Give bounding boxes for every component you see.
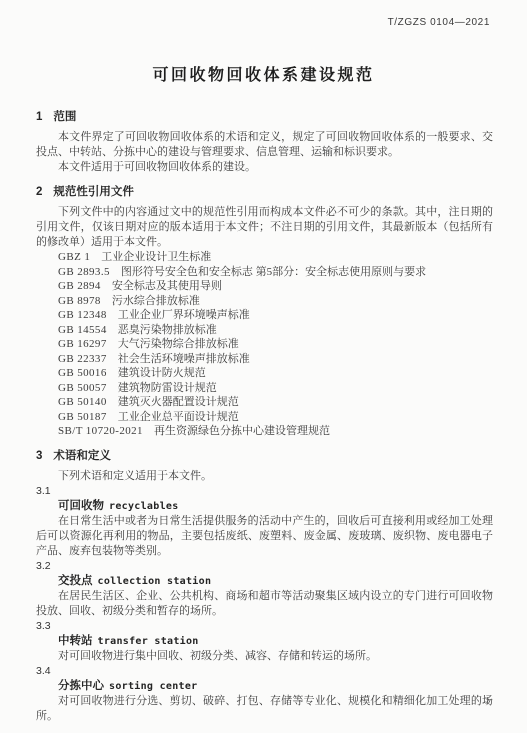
reference-title: 图形符号安全色和安全标志 第5部分：安全标志使用原则与要求: [121, 266, 426, 278]
reference-code: GB 12348: [58, 309, 107, 321]
reference-code: GB 50016: [58, 367, 107, 379]
reference-title: 工业企业设计卫生标准: [101, 251, 211, 263]
section-1-heading: 1范围: [36, 110, 493, 125]
reference-code: GB 2893.5: [58, 266, 110, 278]
term-english: sorting center: [109, 681, 198, 692]
section-title: 范围: [53, 111, 76, 123]
reference-code: GB 16297: [58, 338, 107, 350]
reference-title: 大气污染物综合排放标准: [118, 338, 239, 350]
reference-title: 再生资源绿色分拣中心建设管理规范: [154, 425, 330, 437]
reference-item: GB 50057建筑物防雷设计规范: [36, 381, 493, 396]
term-number: 3.1: [36, 484, 493, 499]
reference-code: GBZ 1: [58, 251, 90, 263]
reference-title: 恶臭污染物排放标准: [118, 324, 217, 336]
section-title: 术语和定义: [53, 450, 111, 462]
term-definition: 对可回收物进行分选、剪切、破碎、打包、存储等专业化、规模化和精细化加工处理的场所…: [36, 694, 493, 724]
term-name-line: 交投点collection station: [36, 574, 493, 589]
paragraph: 本文件界定了可回收物回收体系的术语和定义，规定了可回收物回收体系的一般要求、交投…: [36, 130, 493, 160]
reference-title: 社会生活环境噪声排放标准: [118, 353, 250, 365]
reference-item: GB 8978污水综合排放标准: [36, 294, 493, 309]
reference-code: GB 8978: [58, 295, 101, 307]
reference-code: GB 50140: [58, 396, 107, 408]
section-title: 规范性引用文件: [53, 186, 134, 198]
reference-item: GB 22337社会生活环境噪声排放标准: [36, 352, 493, 367]
reference-title: 建筑灭火器配置设计规范: [118, 396, 239, 408]
term-name: 中转站: [58, 635, 93, 647]
reference-title: 工业企业总平面设计规范: [118, 411, 239, 423]
term-english: transfer station: [98, 636, 199, 647]
term-name-line: 分拣中心sorting center: [36, 679, 493, 694]
paragraph: 下列文件中的内容通过文中的规范性引用而构成本文件必不可少的条款。其中，注日期的引…: [36, 205, 493, 250]
term-number: 3.2: [36, 559, 493, 574]
term-name: 分拣中心: [58, 680, 104, 692]
term-english: collection station: [98, 576, 212, 587]
reference-item: GB 2894安全标志及其使用导则: [36, 279, 493, 294]
reference-code: GB 2894: [58, 280, 101, 292]
term-definition: 在居民生活区、企业、公共机构、商场和超市等活动聚集区域内设立的专门进行可回收物投…: [36, 589, 493, 619]
document-body: 1范围 本文件界定了可回收物回收体系的术语和定义，规定了可回收物回收体系的一般要…: [36, 110, 493, 724]
term-name: 交投点: [58, 575, 93, 587]
reference-code: GB 22337: [58, 353, 107, 365]
term-name-line: 中转站transfer station: [36, 634, 493, 649]
reference-item: GBZ 1工业企业设计卫生标准: [36, 250, 493, 265]
paragraph: 下列术语和定义适用于本文件。: [36, 469, 493, 484]
reference-item: GB 16297大气污染物综合排放标准: [36, 337, 493, 352]
section-3-heading: 3术语和定义: [36, 449, 493, 464]
section-number: 1: [36, 111, 42, 123]
section-number: 2: [36, 186, 42, 198]
paragraph: 本文件适用于可回收物回收体系的建设。: [36, 160, 493, 175]
term-definition: 对可回收物进行集中回收、初级分类、减容、存储和转运的场所。: [36, 649, 493, 664]
reference-title: 污水综合排放标准: [112, 295, 200, 307]
reference-list: GBZ 1工业企业设计卫生标准 GB 2893.5图形符号安全色和安全标志 第5…: [36, 250, 493, 439]
term-number: 3.4: [36, 664, 493, 679]
reference-title: 工业企业厂界环境噪声标准: [118, 309, 250, 321]
reference-item: GB 12348工业企业厂界环境噪声标准: [36, 308, 493, 323]
section-2-heading: 2规范性引用文件: [36, 185, 493, 200]
reference-code: GB 50187: [58, 411, 107, 423]
page-title: 可回收物回收体系建设规范: [0, 62, 527, 85]
document-page: T/ZGZS 0104—2021 可回收物回收体系建设规范 1范围 本文件界定了…: [0, 0, 527, 733]
reference-code: SB/T 10720-2021: [58, 425, 143, 437]
term-english: recyclables: [109, 501, 179, 512]
reference-item: GB 50140建筑灭火器配置设计规范: [36, 395, 493, 410]
doc-code: T/ZGZS 0104—2021: [388, 17, 490, 28]
term-definition: 在日常生活中或者为日常生活提供服务的活动中产生的，回收后可直接利用或经加工处理后…: [36, 514, 493, 559]
section-number: 3: [36, 450, 42, 462]
reference-item: SB/T 10720-2021再生资源绿色分拣中心建设管理规范: [36, 424, 493, 439]
reference-title: 建筑设计防火规范: [118, 367, 206, 379]
term-name-line: 可回收物recyclables: [36, 499, 493, 514]
reference-item: GB 14554恶臭污染物排放标准: [36, 323, 493, 338]
term-name: 可回收物: [58, 500, 104, 512]
reference-item: GB 50016建筑设计防火规范: [36, 366, 493, 381]
page-number: 1: [485, 696, 490, 707]
reference-title: 安全标志及其使用导则: [112, 280, 222, 292]
reference-code: GB 14554: [58, 324, 107, 336]
reference-item: GB 2893.5图形符号安全色和安全标志 第5部分：安全标志使用原则与要求: [36, 265, 493, 280]
reference-item: GB 50187工业企业总平面设计规范: [36, 410, 493, 425]
reference-code: GB 50057: [58, 382, 107, 394]
term-number: 3.3: [36, 619, 493, 634]
reference-title: 建筑物防雷设计规范: [118, 382, 217, 394]
